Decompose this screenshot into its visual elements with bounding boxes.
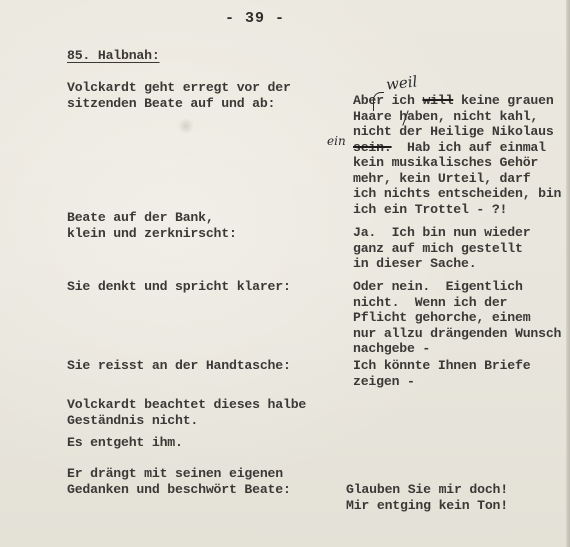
dialogue: Ich könnte Ihnen Briefe zeigen - xyxy=(353,358,530,389)
stage-direction: Volckardt beachtet dieses halbe Geständn… xyxy=(67,397,306,428)
stage-direction: Volckardt geht erregt vor der sitzenden … xyxy=(67,80,291,111)
page-number: - 39 - xyxy=(0,10,510,27)
stage-direction: Beate auf der Bank, klein und zerknirsch… xyxy=(67,210,237,241)
handwritten-insertion: weil xyxy=(385,72,418,93)
struck-word: sein. xyxy=(353,140,392,155)
dialogue: Oder nein. Eigentlich nicht. Wenn ich de… xyxy=(353,279,561,357)
stage-direction: Es entgeht ihm. xyxy=(67,435,183,451)
paper-smudge xyxy=(178,118,194,134)
dialogue-text: Aber ich xyxy=(353,93,422,108)
dialogue-text: kein musikalisches Gehör mehr, kein Urte… xyxy=(353,155,561,217)
scene-heading: 85. Halbnah: xyxy=(67,48,160,64)
typewritten-page: - 39 - 85. Halbnah: Volckardt geht erreg… xyxy=(0,0,570,547)
insertion-caret-mark xyxy=(373,92,384,111)
dialogue: Ja. Ich bin nun wieder ganz auf mich ges… xyxy=(353,225,530,272)
struck-word: will xyxy=(422,93,453,108)
dialogue-text: nicht der Heilige Nikolaus xyxy=(353,124,554,139)
stage-direction: Er drängt mit seinen eigenen Gedanken un… xyxy=(67,466,291,497)
dialogue-text: keine grauen xyxy=(453,93,553,108)
handwritten-margin-note: ein xyxy=(327,134,346,148)
dialogue: Aber ich will keine grauen Haare haben, … xyxy=(353,93,561,217)
page-edge xyxy=(566,0,570,547)
stage-direction: Sie reisst an der Handtasche: xyxy=(67,358,291,374)
stage-direction: Sie denkt und spricht klarer: xyxy=(67,279,291,295)
dialogue: Glauben Sie mir doch! Mir entging kein T… xyxy=(346,482,508,513)
dialogue-text: Hab ich auf einmal xyxy=(392,140,546,155)
